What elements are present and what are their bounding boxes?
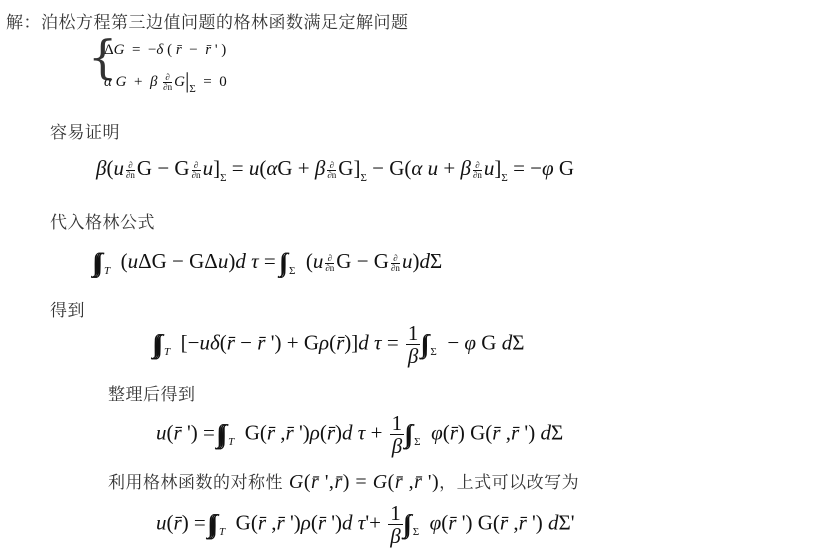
step4-label: 整理后得到 — [108, 380, 196, 405]
step5-equation: u(r̄) = ∫∫∫T G(r̄ ,r̄ ')ρ(r̄ ')d τ'+ 1β∫… — [156, 502, 575, 547]
step1-label: 容易证明 — [50, 118, 120, 143]
symmetry-relation: G(r̄ ',r̄) = G(r̄ ,r̄ ') — [289, 471, 439, 493]
step3-label: 得到 — [50, 296, 85, 321]
step4-equation: u(r̄ ') = ∫∫∫T G(r̄ ,r̄ ')ρ(r̄)d τ + 1β∫… — [156, 412, 563, 457]
system-line-1: ΔG = −δ ( r̄ − r̄ ' ) — [104, 42, 226, 59]
step5-label-prefix: 利用格林函数的对称性 — [108, 473, 283, 493]
step2-equation: ∫∫∫T (uΔG − GΔu)d τ = ∫∫Σ (u∂∂nG − G∂∂nu… — [96, 248, 442, 278]
heading: 解：泊松方程第三边值问题的格林函数满足定解问题 — [6, 8, 409, 33]
system-line-2: α G + β ∂∂nG|Σ = 0 — [104, 68, 227, 95]
step5-label-suffix: ，上式可以改写为 — [439, 473, 579, 493]
step3-equation: ∫∫∫T [−uδ(r̄ − r̄ ') + Gρ(r̄)]d τ = 1β∫∫… — [156, 322, 524, 367]
step2-label: 代入格林公式 — [50, 208, 155, 233]
step1-equation: β(u∂∂nG − G∂∂nu]Σ = u(αG + β∂∂nG]Σ − G(α… — [96, 156, 574, 184]
step5-label: 利用格林函数的对称性 G(r̄ ',r̄) = G(r̄ ,r̄ ')，上式可以… — [108, 468, 579, 494]
